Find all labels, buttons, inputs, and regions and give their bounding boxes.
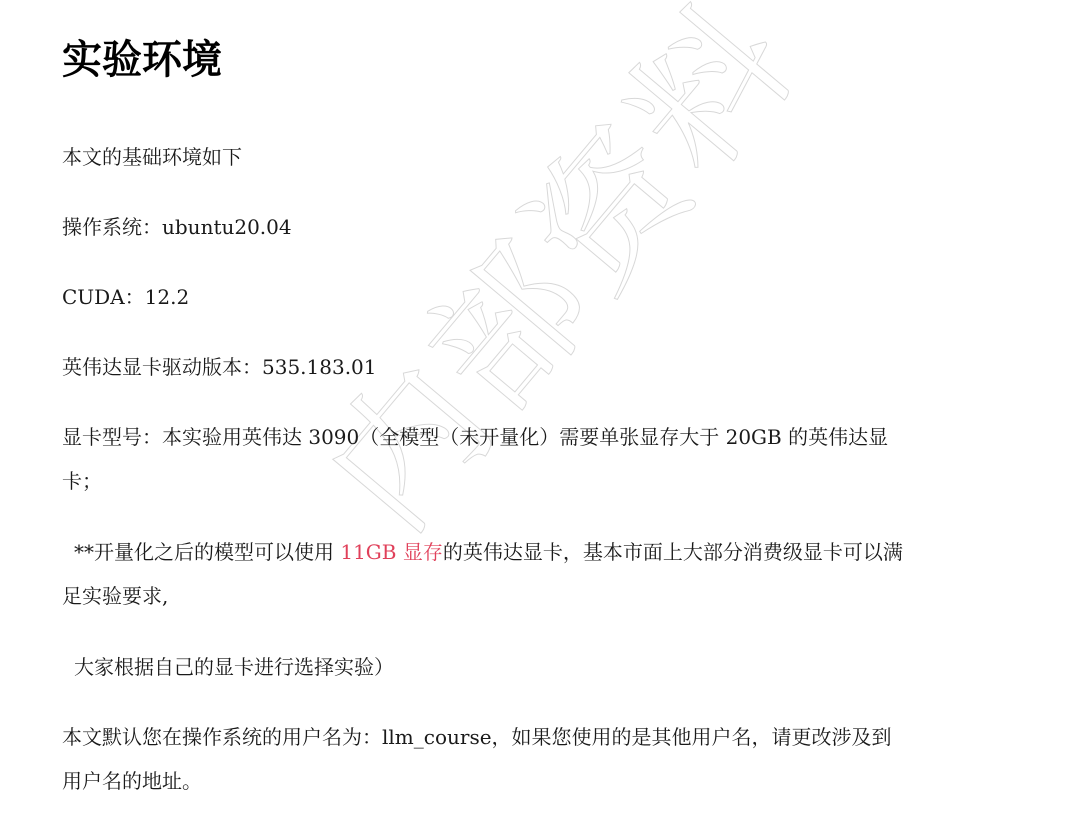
username-line1: 本文默认您在操作系统的用户名为：llm_course，如果您使用的是其他用户名，… bbox=[62, 725, 892, 749]
section-title: 实验环境 bbox=[62, 32, 222, 88]
username-line2: 用户名的地址。 bbox=[62, 769, 202, 793]
intro-paragraph: 本文的基础环境如下 bbox=[62, 135, 1022, 179]
quantization-paragraph: **开量化之后的模型可以使用 11GB 显存的英伟达显卡，基本市面上大部分消费级… bbox=[62, 530, 1022, 618]
document-page: 内部资料 实验环境 本文的基础环境如下 操作系统：ubuntu20.04 CUD… bbox=[0, 0, 1076, 840]
gpu-model-paragraph: 显卡型号：本实验用英伟达 3090（全模型（未开量化）需要单张显存大于 20GB… bbox=[62, 415, 1022, 503]
quantization-line2: 足实验要求, bbox=[62, 584, 168, 608]
vram-highlight: 11GB 显存 bbox=[340, 540, 442, 564]
choose-paragraph: 大家根据自己的显卡进行选择实验） bbox=[62, 645, 1022, 689]
quantization-prefix: **开量化之后的模型可以使用 bbox=[74, 540, 340, 564]
choose-text: 大家根据自己的显卡进行选择实验） bbox=[74, 655, 394, 679]
quantization-suffix: 的英伟达显卡，基本市面上大部分消费级显卡可以满 bbox=[443, 540, 903, 564]
gpu-model-line2: 卡； bbox=[62, 469, 102, 493]
username-paragraph: 本文默认您在操作系统的用户名为：llm_course，如果您使用的是其他用户名，… bbox=[62, 715, 1022, 803]
os-paragraph: 操作系统：ubuntu20.04 bbox=[62, 205, 1022, 249]
gpu-model-line1: 显卡型号：本实验用英伟达 3090（全模型（未开量化）需要单张显存大于 20GB… bbox=[62, 425, 888, 449]
cuda-paragraph: CUDA：12.2 bbox=[62, 275, 1022, 319]
driver-paragraph: 英伟达显卡驱动版本：535.183.01 bbox=[62, 345, 1022, 389]
